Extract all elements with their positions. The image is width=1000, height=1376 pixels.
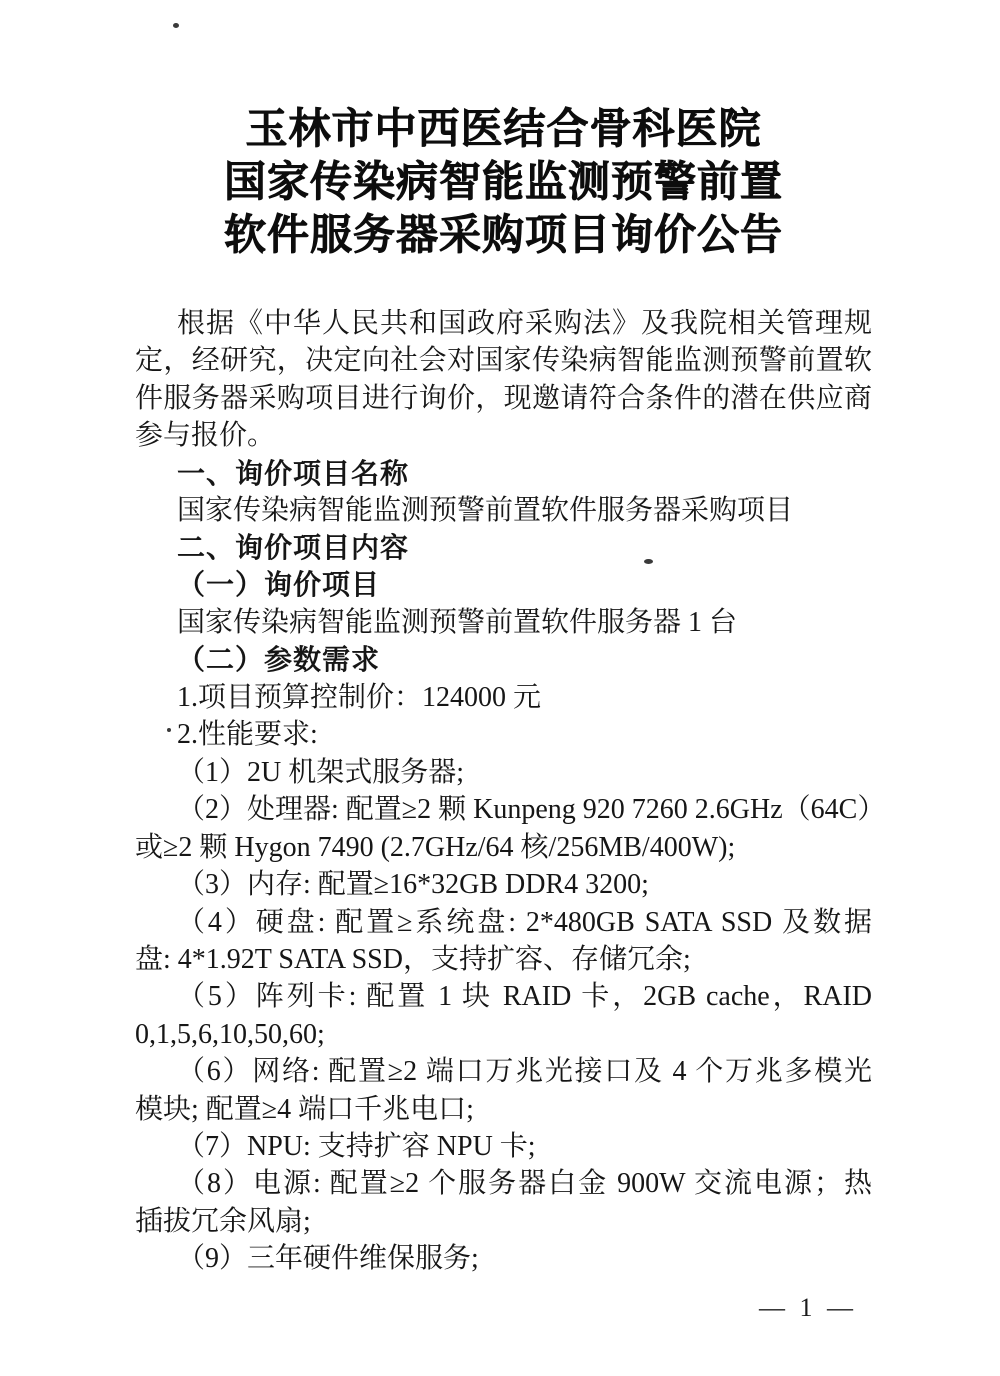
text-line: 或≥2 颗 Hygon 7490 (2.7GHz/64 核/256MB/400W… — [135, 829, 872, 866]
document-title-line: 国家传染病智能监测预警前置 — [135, 157, 872, 210]
document-title-line: 玉林市中西医结合骨科医院 — [135, 104, 872, 157]
document-title-line: 软件服务器采购项目询价公告 — [135, 210, 872, 263]
text-line: （2）处理器: 配置≥2 颗 Kunpeng 920 7260 2.6GHz（6… — [135, 791, 872, 828]
text-line: （5）阵列卡: 配置 1 块 RAID 卡，2GB cache，RAID — [135, 978, 872, 1015]
document-content: 玉林市中西医结合骨科医院 国家传染病智能监测预警前置 软件服务器采购项目询价公告… — [135, 104, 872, 1278]
document-body: 根据《中华人民共和国政府采购法》及我院相关管理规定，经研究，决定向社会对国家传染… — [135, 305, 872, 1278]
text-line: 模块; 配置≥4 端口千兆电口; — [135, 1091, 872, 1128]
scanned-document-page: 玉林市中西医结合骨科医院 国家传染病智能监测预警前置 软件服务器采购项目询价公告… — [0, 0, 1000, 1376]
text-line: （4）硬盘: 配置≥系统盘: 2*480GB SATA SSD 及数据 — [135, 904, 872, 941]
text-line: （9）三年硬件维保服务; — [135, 1240, 872, 1277]
scan-speck — [167, 728, 171, 732]
text-line: 定，经研究，决定向社会对国家传染病智能监测预警前置软 — [135, 342, 872, 379]
text-line: 根据《中华人民共和国政府采购法》及我院相关管理规 — [135, 305, 872, 342]
section-heading: 二、询价项目内容 — [135, 529, 872, 566]
text-line: 插拔冗余风扇; — [135, 1203, 872, 1240]
scan-speck — [173, 23, 179, 28]
text-line: （1）2U 机架式服务器; — [135, 754, 872, 791]
text-line: （7）NPU: 支持扩容 NPU 卡; — [135, 1128, 872, 1165]
text-line: 件服务器采购项目进行询价，现邀请符合条件的潜在供应商 — [135, 380, 872, 417]
text-line: （3）内存: 配置≥16*32GB DDR4 3200; — [135, 866, 872, 903]
text-line: （8）电源: 配置≥2 个服务器白金 900W 交流电源；热 — [135, 1165, 872, 1202]
scan-speck — [644, 559, 653, 564]
text-line: 盘: 4*1.92T SATA SSD，支持扩容、存储冗余; — [135, 941, 872, 978]
document-title: 玉林市中西医结合骨科医院 国家传染病智能监测预警前置 软件服务器采购项目询价公告 — [135, 104, 872, 263]
text-line: 参与报价。 — [135, 417, 872, 454]
page-number: — 1 — — [759, 1293, 857, 1323]
text-line: 1.项目预算控制价：124000 元 — [135, 679, 872, 716]
text-line: （6）网络: 配置≥2 端口万兆光接口及 4 个万兆多模光 — [135, 1053, 872, 1090]
section-heading: 一、询价项目名称 — [135, 455, 872, 492]
text-line: 2.性能要求: — [135, 716, 872, 753]
text-line: 0,1,5,6,10,50,60; — [135, 1016, 872, 1053]
text-line: 国家传染病智能监测预警前置软件服务器采购项目 — [135, 492, 872, 529]
sub-section-heading: （二）参数需求 — [135, 642, 872, 679]
text-line: 国家传染病智能监测预警前置软件服务器 1 台 — [135, 604, 872, 641]
sub-section-heading: （一）询价项目 — [135, 567, 872, 604]
